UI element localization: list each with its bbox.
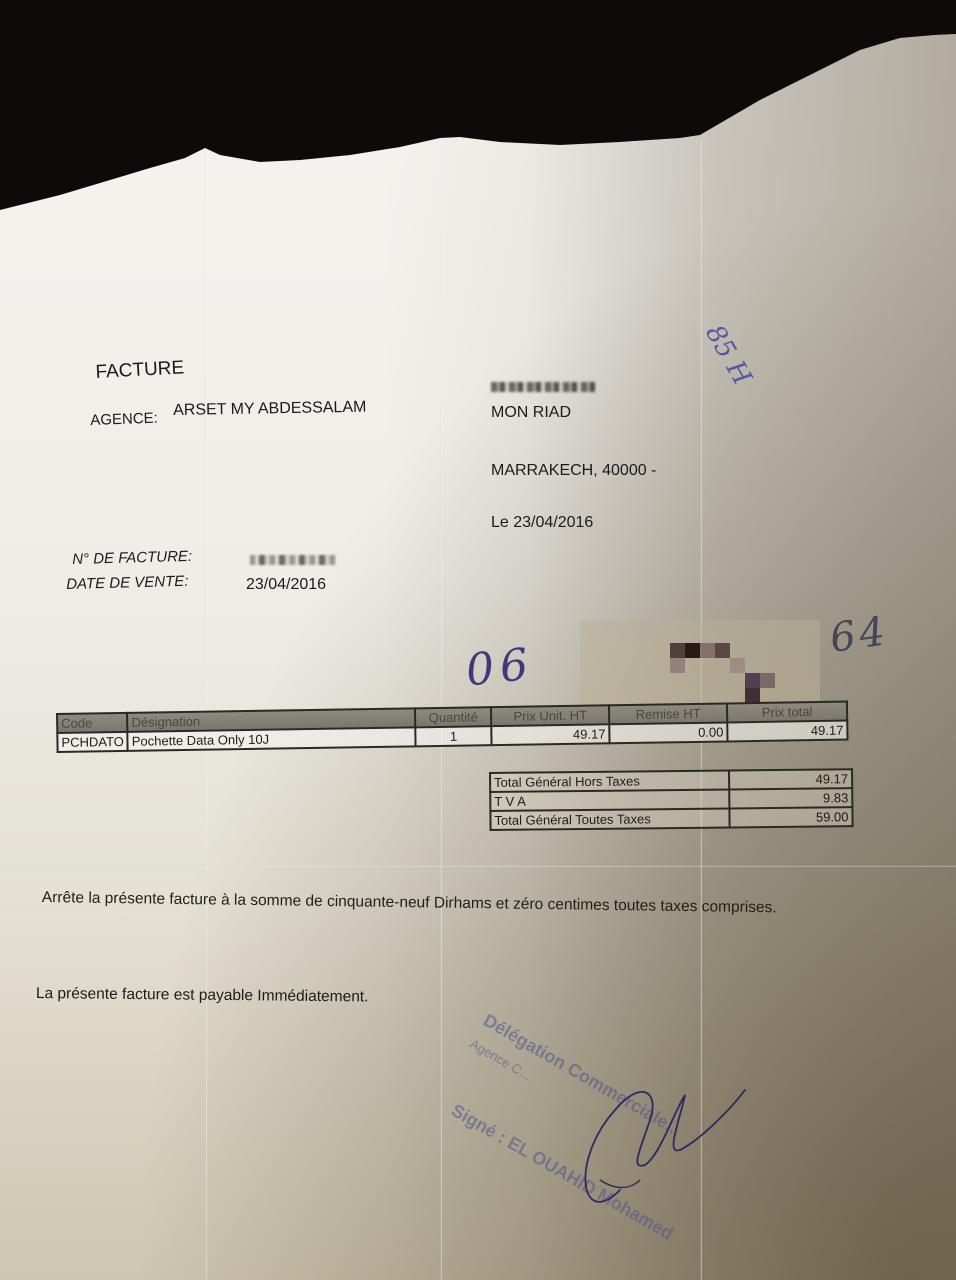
agence-value: ARSET MY ABDESSALAM xyxy=(173,399,367,420)
tva-value: 9.83 xyxy=(729,788,852,808)
cell-code: PCHDATO xyxy=(57,732,128,752)
client-date: Le 23/04/2016 xyxy=(491,514,593,532)
sale-date-label: DATE DE VENTE: xyxy=(66,573,189,593)
items-table: Code Désignation Quantité Prix Unit. HT … xyxy=(56,701,849,753)
cell-prix-total: 49.17 xyxy=(727,721,847,742)
signature-icon xyxy=(560,1070,750,1230)
col-header-remise: Remise HT xyxy=(609,703,727,724)
total-ttc-label: Total Général Toutes Taxes xyxy=(490,808,729,830)
client-name: MON RIAD xyxy=(491,404,571,422)
totals-table: Total Général Hors Taxes 49.17 T V A 9.8… xyxy=(489,768,854,831)
client-name-redacted xyxy=(491,382,595,392)
payment-terms: La présente facture est payable Immédiat… xyxy=(36,985,369,1006)
total-ht-value: 49.17 xyxy=(729,769,852,789)
cell-remise: 0.00 xyxy=(609,722,727,743)
sale-date-value: 23/04/2016 xyxy=(246,576,326,594)
handwritten-phone: 06 64 xyxy=(460,610,920,710)
col-header-quantite: Quantité xyxy=(415,707,491,727)
cell-quantite: 1 xyxy=(415,726,491,746)
amount-in-words: Arrête la présente facture à la somme de… xyxy=(42,888,872,920)
totals-row-ttc: Total Général Toutes Taxes 59.00 xyxy=(490,807,852,830)
tva-label: T V A xyxy=(490,789,729,811)
total-ttc-value: 59.00 xyxy=(729,807,852,827)
cell-designation: Pochette Data Only 10J xyxy=(128,727,416,751)
invoice-number-label: N° DE FACTURE: xyxy=(72,548,192,568)
agence-label: AGENCE: xyxy=(90,410,158,429)
company-stamp: Délégation Commerciale... Agence C... Si… xyxy=(450,1000,750,1280)
client-city: MARRAKECH, 40000 - xyxy=(491,462,656,480)
document-title: FACTURE xyxy=(95,357,185,384)
phone-prefix: 06 xyxy=(464,639,537,697)
phone-suffix: 64 xyxy=(827,608,892,662)
phone-redacted xyxy=(580,620,820,710)
total-ht-label: Total Général Hors Taxes xyxy=(490,770,729,792)
col-header-prix-total: Prix total xyxy=(727,702,847,723)
paper-fold xyxy=(0,865,956,867)
handwritten-note: 85 H xyxy=(699,320,757,390)
col-header-code: Code xyxy=(57,713,128,733)
col-header-prix-unit: Prix Unit. HT xyxy=(491,705,609,726)
invoice-paper: FACTURE AGENCE: ARSET MY ABDESSALAM MON … xyxy=(0,0,956,1280)
cell-prix-unit: 49.17 xyxy=(491,724,609,745)
invoice-number-redacted xyxy=(250,555,336,565)
